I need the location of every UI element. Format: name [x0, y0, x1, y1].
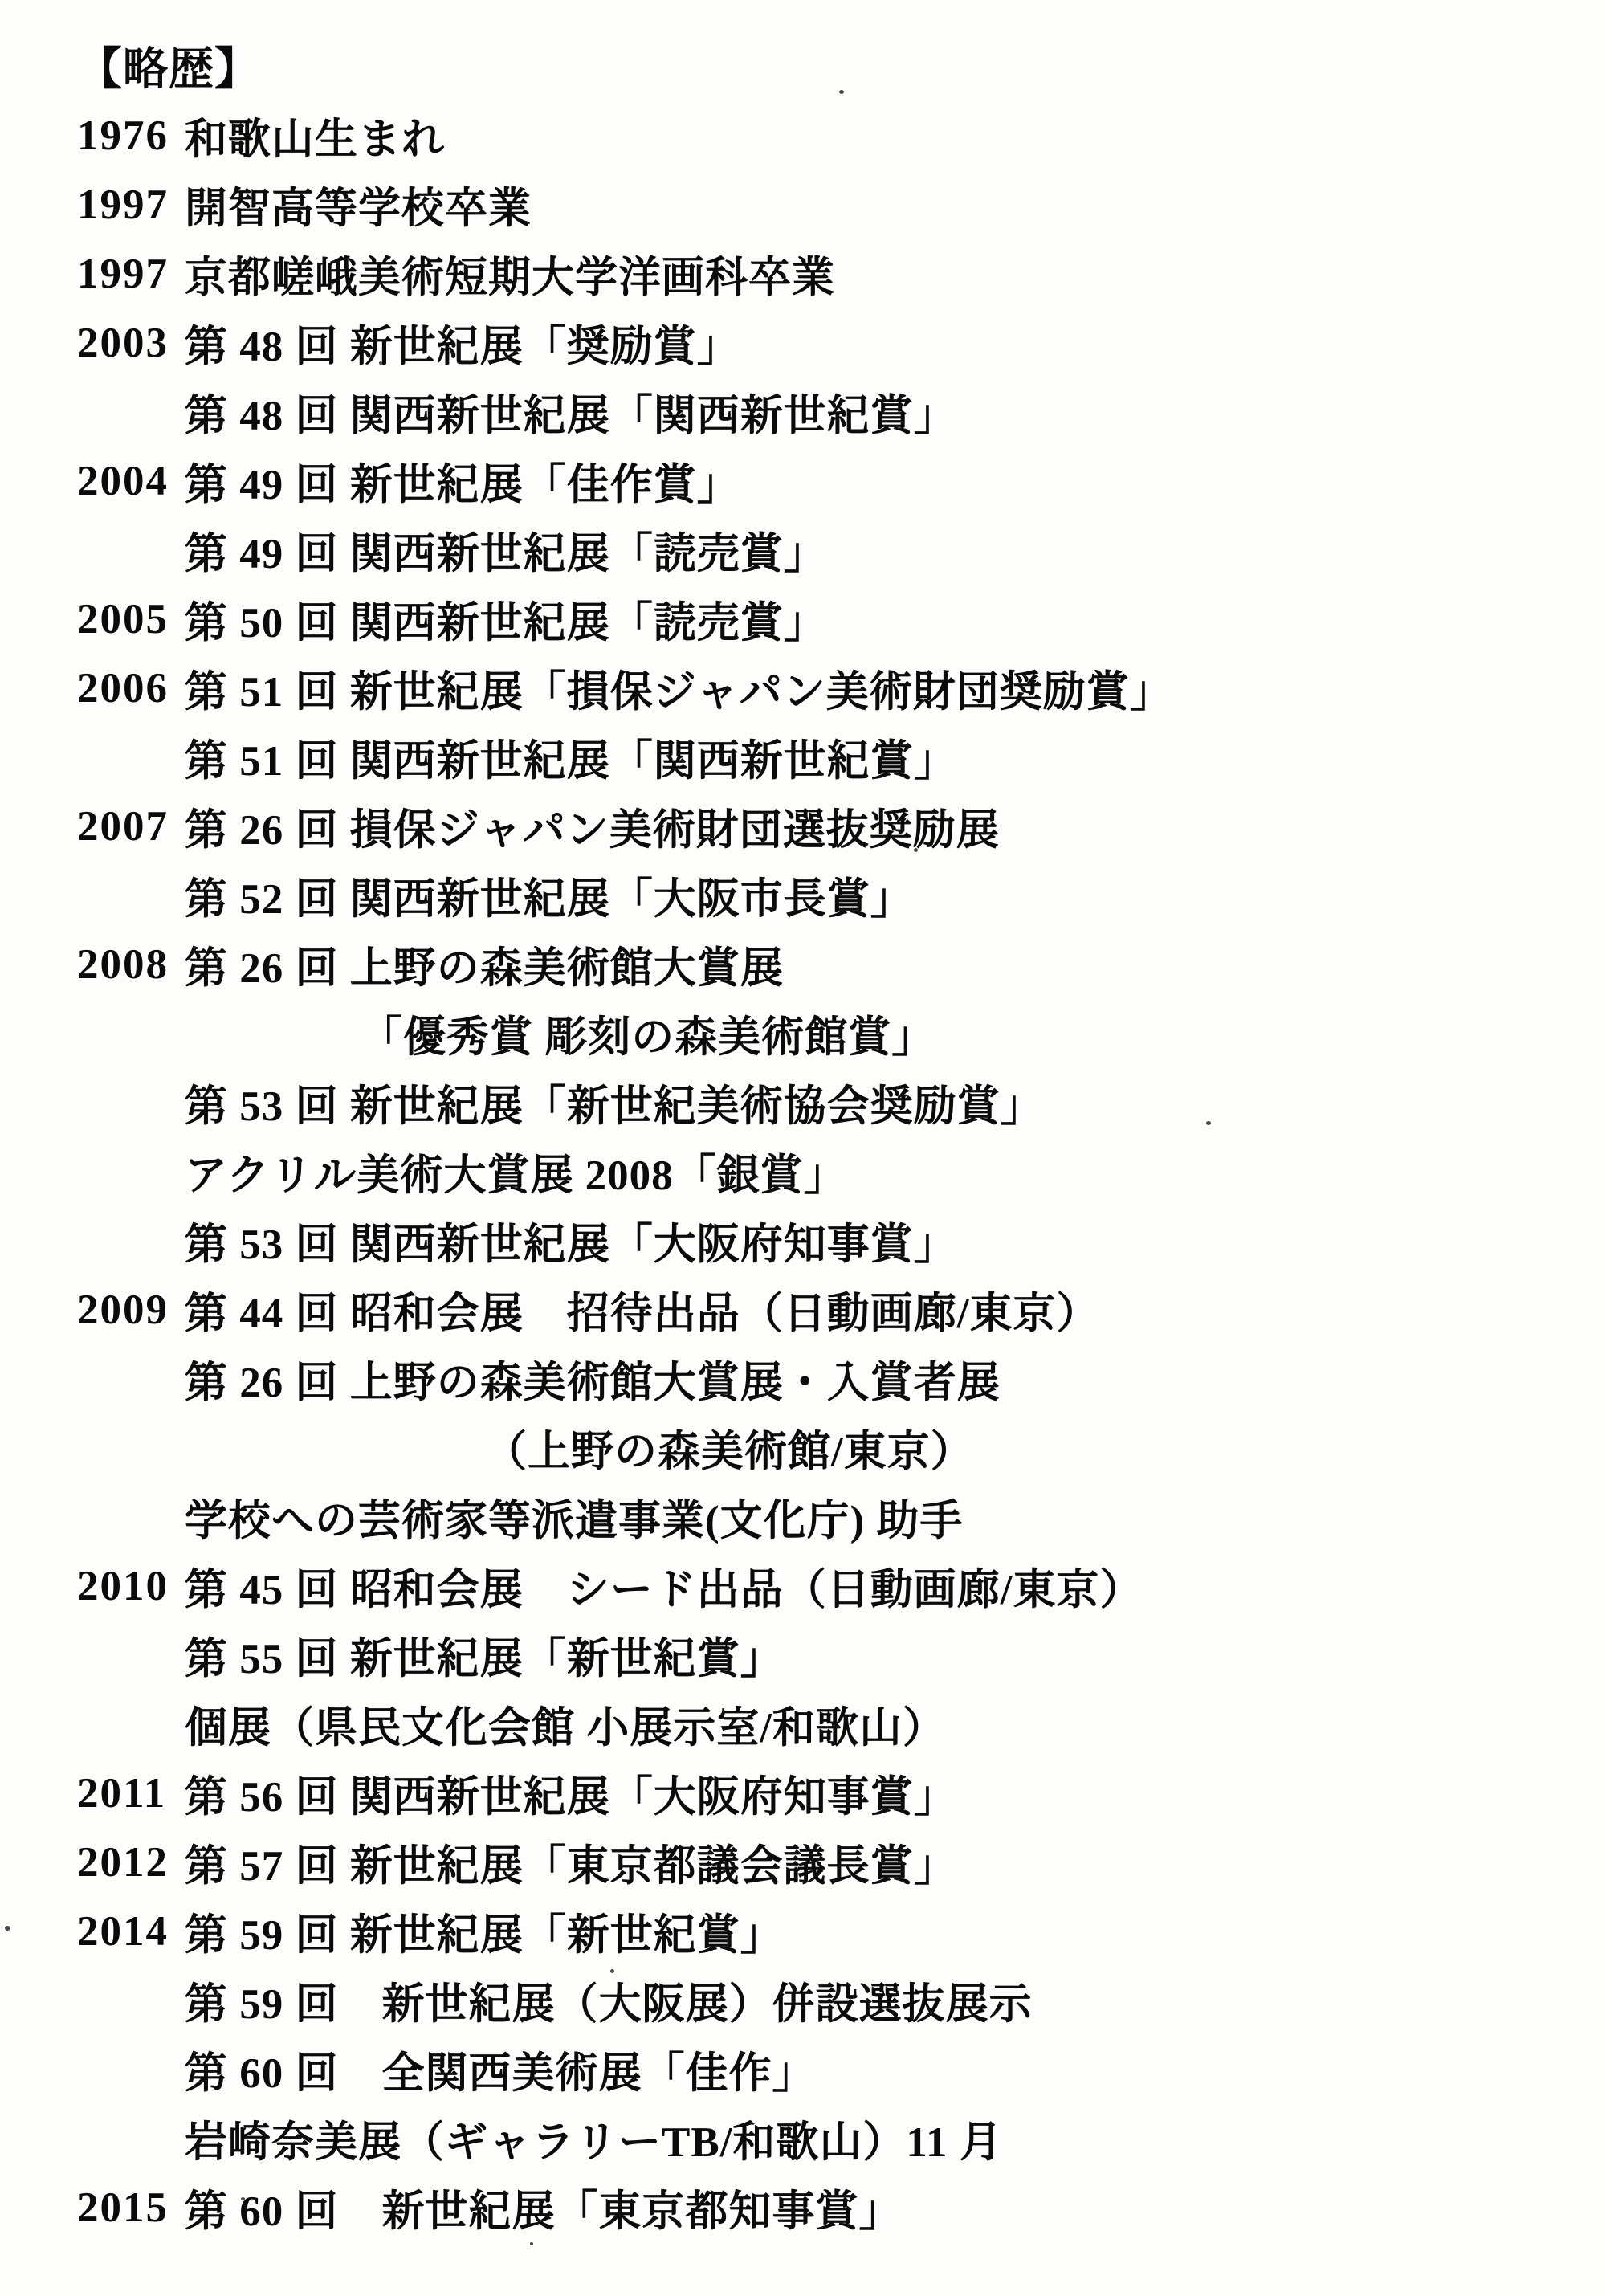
history-row: 1997 開智高等学校卒業 [77, 170, 1574, 239]
scan-speck [379, 361, 382, 365]
history-row: 2007 第 26 回 損保ジャパン美術財団選抜奨励展 [77, 792, 1574, 861]
entry-text: 第 51 回 関西新世紀展「関西新世紀賞」 [185, 727, 957, 788]
entry-year: 2005 [77, 595, 185, 643]
history-row: 第 55 回 新世紀展「新世紀賞」 [77, 1621, 1574, 1690]
entry-text: アクリル美術大賞展 2008「銀賞」 [185, 1141, 847, 1202]
page-title: 【略歴】 [77, 31, 1574, 101]
history-row: 第 49 回 関西新世紀展「読売賞」 [77, 516, 1574, 585]
history-row: 2004 第 49 回 新世紀展「佳作賞」 [77, 447, 1574, 516]
entry-text: 第 53 回 新世紀展「新世紀美術協会奨励賞」 [185, 1072, 1044, 1133]
entry-year: 2006 [77, 664, 185, 712]
scan-speck [914, 848, 918, 852]
history-row: 2010 第 45 回 昭和会展 シード出品（日動画廊/東京） [77, 1552, 1574, 1621]
history-row: 2003 第 48 回 新世紀展「奨励賞」 [77, 308, 1574, 377]
history-row: （上野の森美術館/東京） [77, 1413, 1574, 1482]
entry-year: 1997 [77, 250, 185, 298]
entry-text: 第 49 回 関西新世紀展「読売賞」 [185, 520, 827, 581]
entry-text: 京都嵯峨美術短期大学洋画科卒業 [185, 243, 835, 304]
entry-year: 2014 [77, 1907, 185, 1955]
history-row: 第 48 回 関西新世紀展「関西新世紀賞」 [77, 377, 1574, 447]
entry-text: 第 53 回 関西新世紀展「大阪府知事賞」 [185, 1210, 957, 1271]
history-row: 個展（県民文化会館 小展示室/和歌山） [77, 1690, 1574, 1759]
history-row: 1997 京都嵯峨美術短期大学洋画科卒業 [77, 239, 1574, 308]
entry-text: 第 55 回 新世紀展「新世紀賞」 [185, 1625, 784, 1686]
entry-text: 第 45 回 昭和会展 シード出品（日動画廊/東京） [185, 1556, 1143, 1617]
scan-speck [241, 2197, 245, 2200]
scan-speck [1206, 1121, 1211, 1125]
history-row: 第 60 回 全関西美術展「佳作」 [77, 2035, 1574, 2104]
entry-text: 個展（県民文化会館 小展示室/和歌山） [185, 1694, 946, 1755]
entry-text: 第 26 回 損保ジャパン美術財団選抜奨励展 [185, 796, 1000, 857]
entry-text: 第 52 回 関西新世紀展「大阪市長賞」 [185, 865, 914, 926]
entry-year: 2010 [77, 1562, 185, 1610]
history-row: 2014 第 59 回 新世紀展「新世紀賞」 [77, 1897, 1574, 1966]
entry-text: 和歌山生まれ [185, 105, 445, 166]
entry-text: 学校への芸術家等派遣事業(文化庁) 助手 [185, 1486, 964, 1548]
entry-text: 第 48 回 関西新世紀展「関西新世紀賞」 [185, 381, 957, 442]
entry-year: 2004 [77, 457, 185, 505]
entry-year: 2008 [77, 940, 185, 989]
history-row: 2011 第 56 回 関西新世紀展「大阪府知事賞」 [77, 1759, 1574, 1828]
history-row: 2005 第 50 回 関西新世紀展「読売賞」 [77, 585, 1574, 654]
entry-text: 「優秀賞 彫刻の森美術館賞」 [360, 1003, 935, 1064]
entry-text: 第 26 回 上野の森美術館大賞展 [185, 934, 784, 995]
history-row: 第 53 回 関西新世紀展「大阪府知事賞」 [77, 1206, 1574, 1275]
entry-year: 1997 [77, 181, 185, 229]
history-row: 2012 第 57 回 新世紀展「東京都議会議長賞」 [77, 1828, 1574, 1897]
entry-text: 第 44 回 昭和会展 招待出品（日動画廊/東京） [185, 1279, 1099, 1340]
entry-year: 2009 [77, 1286, 185, 1334]
scan-speck [5, 1926, 10, 1931]
history-row: 岩崎奈美展（ギャラリーTB/和歌山）11 月 [77, 2104, 1574, 2173]
history-row: 「優秀賞 彫刻の森美術館賞」 [77, 999, 1574, 1068]
history-row: 1976 和歌山生まれ [77, 101, 1574, 170]
entry-year: 2012 [77, 1838, 185, 1886]
entry-year: 1976 [77, 112, 185, 160]
entry-text: 第 50 回 関西新世紀展「読売賞」 [185, 589, 827, 650]
entry-text: 第 49 回 新世紀展「佳作賞」 [185, 451, 740, 512]
entry-text: 第 59 回 新世紀展「新世紀賞」 [185, 1901, 784, 1962]
history-row: 第 26 回 上野の森美術館大賞展・入賞者展 [77, 1344, 1574, 1413]
history-row: 第 53 回 新世紀展「新世紀美術協会奨励賞」 [77, 1068, 1574, 1137]
entry-text: 開智高等学校卒業 [185, 174, 532, 235]
entry-text: 第 60 回 全関西美術展「佳作」 [185, 2039, 816, 2100]
entry-year: 2007 [77, 802, 185, 850]
history-row: 第 51 回 関西新世紀展「関西新世紀賞」 [77, 723, 1574, 792]
entry-text: 岩崎奈美展（ギャラリーTB/和歌山）11 月 [185, 2108, 1003, 2169]
entry-text: 第 48 回 新世紀展「奨励賞」 [185, 312, 740, 373]
history-row: アクリル美術大賞展 2008「銀賞」 [77, 1137, 1574, 1206]
history-row: 学校への芸術家等派遣事業(文化庁) 助手 [77, 1482, 1574, 1552]
history-row: 第 59 回 新世紀展（大阪展）併設選抜展示 [77, 1966, 1574, 2035]
entry-year: 2015 [77, 2184, 185, 2232]
scan-speck [839, 90, 844, 94]
entry-text: 第 60 回 新世紀展「東京都知事賞」 [185, 2177, 903, 2238]
scan-speck [610, 1969, 614, 1973]
history-row: 2009 第 44 回 昭和会展 招待出品（日動画廊/東京） [77, 1275, 1574, 1344]
entry-text: （上野の森美術館/東京） [484, 1417, 974, 1478]
scanned-document-page: 【略歴】 1976 和歌山生まれ 1997 開智高等学校卒業 1997 京都嵯峨… [77, 31, 1574, 2242]
entry-text: 第 59 回 新世紀展（大阪展）併設選抜展示 [185, 1970, 1033, 2031]
history-row: 2006 第 51 回 新世紀展「損保ジャパン美術財団奨励賞」 [77, 654, 1574, 723]
entry-text: 第 57 回 新世紀展「東京都議会議長賞」 [185, 1832, 957, 1893]
entry-text: 第 56 回 関西新世紀展「大阪府知事賞」 [185, 1763, 957, 1824]
history-row: 2008 第 26 回 上野の森美術館大賞展 [77, 930, 1574, 999]
entry-text: 第 26 回 上野の森美術館大賞展・入賞者展 [185, 1348, 1001, 1409]
scan-speck [530, 2242, 533, 2245]
entry-year: 2011 [77, 1769, 185, 1817]
history-row: 第 52 回 関西新世紀展「大阪市長賞」 [77, 861, 1574, 930]
entry-year: 2003 [77, 319, 185, 367]
history-row: 2015 第 60 回 新世紀展「東京都知事賞」 [77, 2173, 1574, 2242]
entry-text: 第 51 回 新世紀展「損保ジャパン美術財団奨励賞」 [185, 658, 1173, 719]
